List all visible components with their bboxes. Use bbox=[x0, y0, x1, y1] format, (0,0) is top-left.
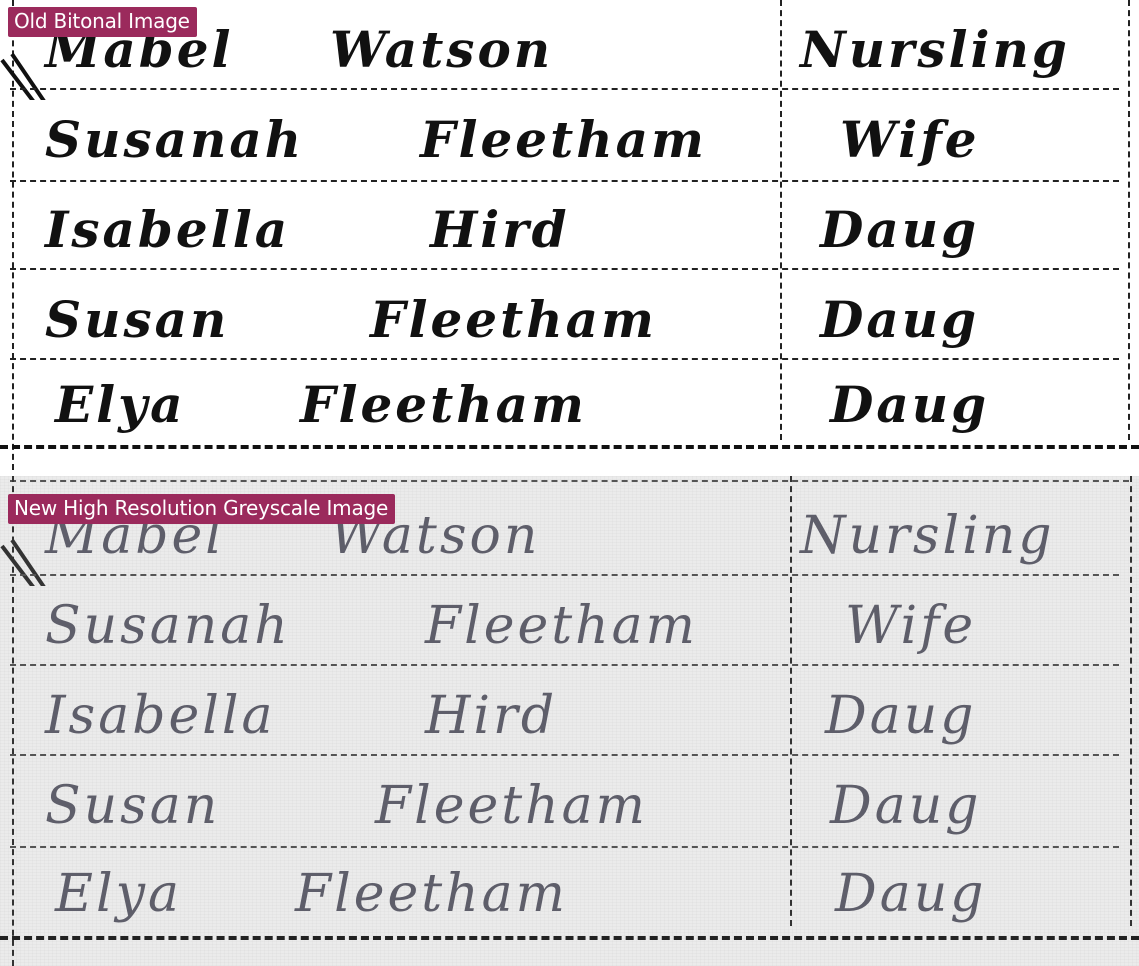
record-row: Elya Fleetham Daug bbox=[0, 375, 1139, 465]
given-name: Susan bbox=[45, 290, 229, 349]
ruled-line bbox=[10, 480, 1129, 482]
given-name: Susan bbox=[45, 776, 220, 836]
relation: Daug bbox=[830, 776, 981, 836]
relation: Daug bbox=[830, 375, 989, 434]
surname: Hird bbox=[425, 686, 557, 746]
new-greyscale-image-panel: New High Resolution Greyscale Image Mabe… bbox=[0, 476, 1139, 966]
given-name: Isabella bbox=[45, 200, 290, 259]
given-name: Isabella bbox=[45, 686, 276, 746]
given-name: Elya bbox=[55, 375, 186, 434]
relation: Nursling bbox=[800, 20, 1070, 79]
relation: Wife bbox=[845, 596, 976, 656]
relation: Nursling bbox=[800, 506, 1055, 566]
old-bitonal-image-panel: Old Bitonal Image Mabel Watson Nursling … bbox=[0, 0, 1139, 476]
record-row: Susan Fleetham Daug bbox=[0, 290, 1139, 380]
record-row: Susanah Fleetham Wife bbox=[0, 110, 1139, 200]
relation: Wife bbox=[840, 110, 980, 169]
surname: Fleetham bbox=[420, 110, 707, 169]
record-row: Isabella Hird Daug bbox=[0, 200, 1139, 290]
record-row: Isabella Hird Daug bbox=[0, 686, 1139, 776]
relation: Daug bbox=[820, 290, 979, 349]
given-name: Susanah bbox=[45, 110, 304, 169]
surname: Fleetham bbox=[295, 864, 568, 924]
record-row: Elya Fleetham Daug bbox=[0, 864, 1139, 954]
old-bitonal-image-label: Old Bitonal Image bbox=[8, 7, 197, 37]
surname: Fleetham bbox=[375, 776, 648, 836]
surname: Fleetham bbox=[300, 375, 587, 434]
relation: Daug bbox=[835, 864, 986, 924]
surname: Hird bbox=[430, 200, 570, 259]
given-name: Elya bbox=[55, 864, 182, 924]
relation: Daug bbox=[820, 200, 979, 259]
surname: Watson bbox=[330, 20, 553, 79]
relation: Daug bbox=[825, 686, 976, 746]
given-name: Susanah bbox=[45, 596, 291, 656]
record-row: Susan Fleetham Daug bbox=[0, 776, 1139, 866]
surname: Fleetham bbox=[425, 596, 698, 656]
surname: Fleetham bbox=[370, 290, 657, 349]
new-greyscale-image-label: New High Resolution Greyscale Image bbox=[8, 494, 395, 524]
record-row: Susanah Fleetham Wife bbox=[0, 596, 1139, 686]
